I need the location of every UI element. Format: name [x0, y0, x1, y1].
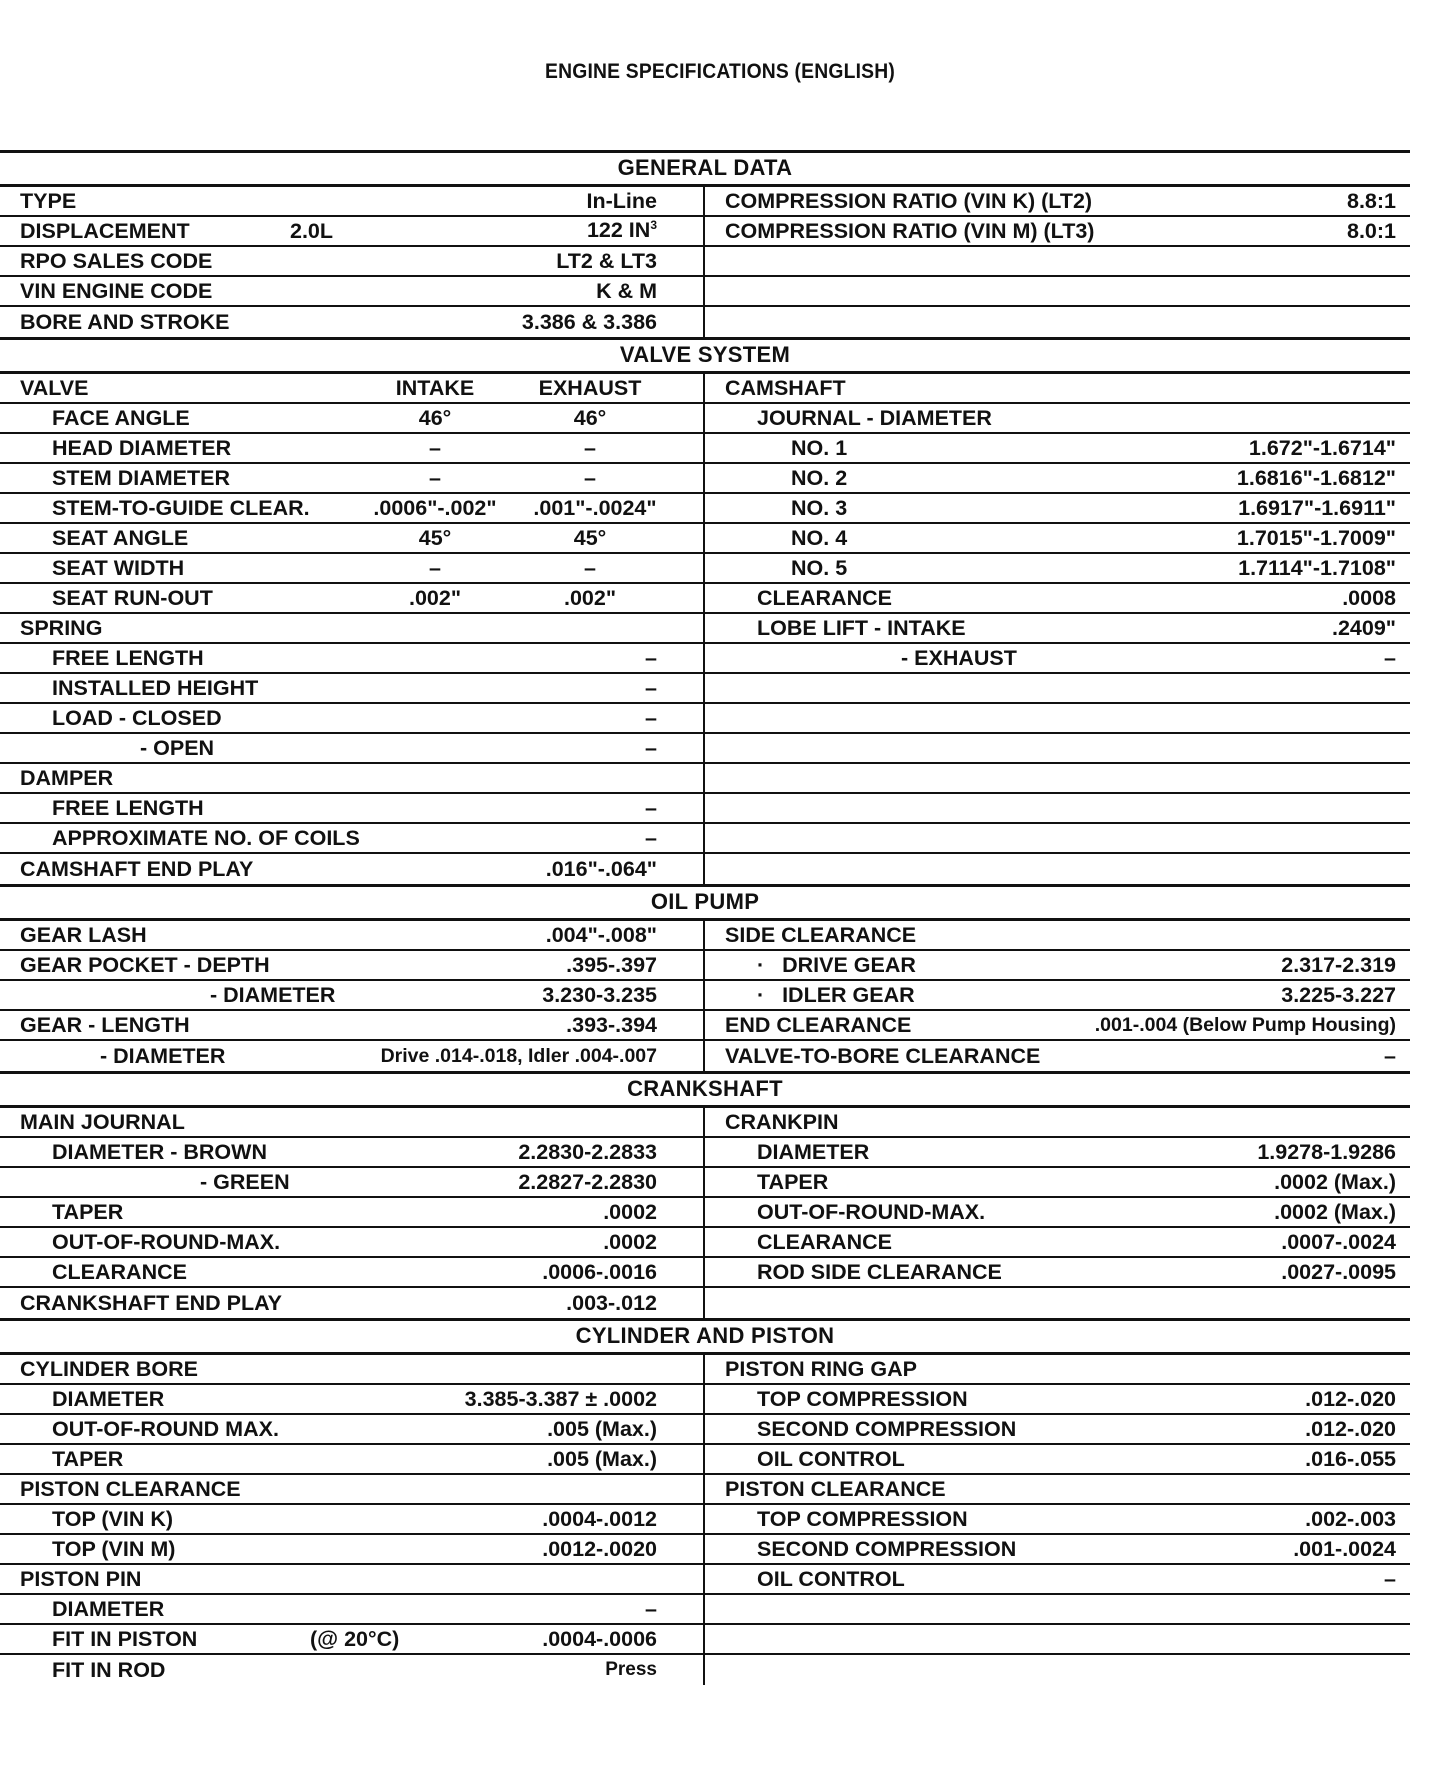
oil-pump-right-column: SIDE CLEARANCE · DRIVE GEAR2.317-2.319 ·… — [705, 921, 1410, 1071]
spec-label: - DIAMETER — [0, 983, 335, 1008]
spec-label: MAIN JOURNAL — [0, 1110, 185, 1135]
page-title: ENGINE SPECIFICATIONS (ENGLISH) — [58, 60, 1383, 84]
spec-label-extra: (@ 20°C) — [310, 1627, 399, 1652]
spec-row-empty — [705, 1655, 1410, 1685]
spec-row-piston-clearance: PISTON CLEARANCE — [0, 1475, 703, 1505]
spec-value: In-Line — [587, 189, 657, 214]
spec-label: TOP (VIN M) — [0, 1537, 175, 1562]
spec-label: NO. 2 — [705, 466, 847, 491]
intake-value: .0006"-.002" — [360, 496, 510, 521]
spec-row-load-closed: LOAD - CLOSED– — [0, 704, 703, 734]
spec-row-empty — [705, 1595, 1410, 1625]
section-valve-system: VALVE SYSTEM — [0, 337, 1410, 371]
spec-value: 8.8:1 — [1347, 189, 1396, 214]
spec-value: .0027-.0095 — [1281, 1260, 1396, 1285]
spec-label: GEAR POCKET - DEPTH — [0, 953, 270, 978]
spec-label: OUT-OF-ROUND-MAX. — [0, 1230, 280, 1255]
spec-row-bore-diameter: DIAMETER3.385-3.387 ± .0002 — [0, 1385, 703, 1415]
spec-row-top-vin-k: TOP (VIN K).0004-.0012 — [0, 1505, 703, 1535]
intake-value: 46° — [380, 406, 490, 431]
exhaust-value: .001"-.0024" — [520, 496, 670, 521]
spec-value: .0008 — [1342, 586, 1396, 611]
exhaust-value: – — [530, 556, 650, 581]
valve-system-rows: VALVEINTAKEEXHAUST FACE ANGLE46°46° HEAD… — [0, 371, 1410, 884]
section-oil-pump: OIL PUMP — [0, 884, 1410, 918]
spec-label: JOURNAL - DIAMETER — [705, 406, 992, 431]
spec-label: GEAR - LENGTH — [0, 1013, 190, 1038]
spec-value: 3.386 & 3.386 — [522, 310, 657, 335]
spec-value: 2.2827-2.2830 — [518, 1170, 657, 1195]
spec-row-empty — [705, 307, 1410, 337]
spec-value: Drive .014-.018, Idler .004-.007 — [381, 1045, 657, 1068]
spec-label: CLEARANCE — [705, 1230, 892, 1255]
intake-value: – — [380, 556, 490, 581]
spec-value: .004"-.008" — [546, 923, 657, 948]
spec-row-clear-second-compression: SECOND COMPRESSION.001-.0024 — [705, 1535, 1410, 1565]
spec-label: DIAMETER — [705, 1140, 869, 1165]
crankshaft-right-column: CRANKPIN DIAMETER1.9278-1.9286 TAPER.000… — [705, 1108, 1410, 1318]
cylinder-right-column: PISTON RING GAP TOP COMPRESSION.012-.020… — [705, 1355, 1410, 1685]
exhaust-value: – — [530, 466, 650, 491]
spec-label: RPO SALES CODE — [0, 249, 212, 274]
spec-row-end-clearance: END CLEARANCE.001-.004 (Below Pump Housi… — [705, 1011, 1410, 1041]
spec-row-cylinder-bore: CYLINDER BORE — [0, 1355, 703, 1385]
spec-label: COMPRESSION RATIO (VIN K) (LT2) — [705, 189, 1092, 214]
spec-value: 1.6917"-1.6911" — [1238, 496, 1396, 521]
spec-label: GEAR LASH — [0, 923, 147, 948]
spec-value: 1.7015"-1.7009" — [1237, 526, 1396, 551]
spec-label: END CLEARANCE — [705, 1013, 911, 1038]
spec-value: 1.672"-1.6714" — [1249, 436, 1396, 461]
spec-label: OUT-OF-ROUND-MAX. — [705, 1200, 985, 1225]
spec-value: .0004-.0006 — [542, 1627, 657, 1652]
column-header-exhaust: EXHAUST — [530, 376, 650, 401]
spec-label: CYLINDER BORE — [0, 1357, 198, 1382]
spec-value: 1.6816"-1.6812" — [1237, 466, 1396, 491]
spec-row-approx-coils: APPROXIMATE NO. OF COILS– — [0, 824, 703, 854]
section-cylinder-and-piston: CYLINDER AND PISTON — [0, 1318, 1410, 1352]
spec-label: CRANKSHAFT END PLAY — [0, 1291, 282, 1316]
spec-row-journal-no-3: NO. 31.6917"-1.6911" — [705, 494, 1410, 524]
spec-row-ring-second-compression: SECOND COMPRESSION.012-.020 — [705, 1415, 1410, 1445]
spec-label: FACE ANGLE — [0, 406, 190, 431]
spec-row-empty — [705, 704, 1410, 734]
spec-value: 1.7114"-1.7108" — [1238, 556, 1396, 581]
spec-row-load-open: - OPEN– — [0, 734, 703, 764]
spec-label: CRANKPIN — [705, 1110, 838, 1135]
spec-value: – — [645, 676, 657, 701]
spec-row-side-clearance: SIDE CLEARANCE — [705, 921, 1410, 951]
spec-row-journal-no-5: NO. 51.7114"-1.7108" — [705, 554, 1410, 584]
spec-value: .016"-.064" — [546, 857, 657, 882]
spec-value: .002-.003 — [1305, 1507, 1396, 1532]
spec-label: FREE LENGTH — [0, 646, 204, 671]
spec-value: .0007-.0024 — [1281, 1230, 1396, 1255]
spec-row-journal-no-2: NO. 21.6816"-1.6812" — [705, 464, 1410, 494]
spec-row-seat-width: SEAT WIDTH–– — [0, 554, 703, 584]
spec-value: .0002 — [603, 1200, 657, 1225]
spec-label: SEAT WIDTH — [0, 556, 184, 581]
oil-pump-rows: GEAR LASH.004"-.008" GEAR POCKET - DEPTH… — [0, 918, 1410, 1071]
valve-header-row: VALVEINTAKEEXHAUST — [0, 374, 703, 404]
spec-value: .0002 (Max.) — [1274, 1170, 1396, 1195]
spec-row-fit-in-rod: FIT IN RODPress — [0, 1655, 703, 1685]
spec-value: .0002 (Max.) — [1274, 1200, 1396, 1225]
spec-value: 2.317-2.319 — [1281, 953, 1396, 978]
spec-row-empty — [705, 277, 1410, 307]
spec-row-empty — [705, 824, 1410, 854]
spec-value: – — [1384, 646, 1396, 671]
spec-value: .0006-.0016 — [542, 1260, 657, 1285]
spec-row-main-journal: MAIN JOURNAL — [0, 1108, 703, 1138]
spec-label: OIL CONTROL — [705, 1447, 905, 1472]
spec-value: 122 IN3 — [587, 218, 657, 243]
spec-label: APPROXIMATE NO. OF COILS — [0, 826, 360, 851]
crankshaft-left-column: MAIN JOURNAL DIAMETER - BROWN2.2830-2.28… — [0, 1108, 705, 1318]
intake-value: – — [380, 436, 490, 461]
spec-label: VALVE-TO-BORE CLEARANCE — [705, 1044, 1040, 1069]
spec-value: – — [645, 796, 657, 821]
spec-row-clear-top-compression: TOP COMPRESSION.002-.003 — [705, 1505, 1410, 1535]
spec-row-piston-pin: PISTON PIN — [0, 1565, 703, 1595]
spec-value: – — [645, 826, 657, 851]
spec-row-crankpin-taper: TAPER.0002 (Max.) — [705, 1168, 1410, 1198]
spec-row-diameter-brown: DIAMETER - BROWN2.2830-2.2833 — [0, 1138, 703, 1168]
spec-row-clear-oil-control: OIL CONTROL– — [705, 1565, 1410, 1595]
spec-label: · DRIVE GEAR — [705, 953, 916, 978]
spec-label: TOP COMPRESSION — [705, 1387, 968, 1412]
intake-value: – — [380, 466, 490, 491]
spec-value: .395-.397 — [566, 953, 657, 978]
spec-label: VIN ENGINE CODE — [0, 279, 212, 304]
spec-row-rpo-sales-code: RPO SALES CODELT2 & LT3 — [0, 247, 703, 277]
spec-row-journal-diameter: JOURNAL - DIAMETER — [705, 404, 1410, 434]
spec-value: .012-.020 — [1305, 1417, 1396, 1442]
spec-value: 3.385-3.387 ± .0002 — [465, 1387, 657, 1412]
spec-row-spring: SPRING — [0, 614, 703, 644]
spec-row-piston-clearance-right: PISTON CLEARANCE — [705, 1475, 1410, 1505]
column-header-intake: INTAKE — [380, 376, 490, 401]
spec-label: - DIAMETER — [0, 1044, 225, 1069]
spec-row-displacement: DISPLACEMENT2.0L122 IN3 — [0, 217, 703, 247]
spec-label: TAPER — [0, 1447, 123, 1472]
spec-row-damper: DAMPER — [0, 764, 703, 794]
spec-label: NO. 4 — [705, 526, 847, 551]
spec-label: DAMPER — [0, 766, 113, 791]
spec-row-face-angle: FACE ANGLE46°46° — [0, 404, 703, 434]
spec-label: - EXHAUST — [705, 646, 1017, 671]
spec-label: PISTON CLEARANCE — [0, 1477, 241, 1502]
spec-label: FREE LENGTH — [0, 796, 204, 821]
spec-table: GENERAL DATA TYPEIn-Line DISPLACEMENT2.0… — [0, 150, 1410, 1685]
spec-value: .001-.004 (Below Pump Housing) — [1095, 1014, 1396, 1037]
spec-label: SIDE CLEARANCE — [705, 923, 916, 948]
spec-row-seat-angle: SEAT ANGLE45°45° — [0, 524, 703, 554]
spec-value: – — [645, 1597, 657, 1622]
spec-label: DIAMETER — [0, 1597, 164, 1622]
spec-row-drive-gear: · DRIVE GEAR2.317-2.319 — [705, 951, 1410, 981]
oil-pump-left-column: GEAR LASH.004"-.008" GEAR POCKET - DEPTH… — [0, 921, 705, 1071]
cylinder-piston-rows: CYLINDER BORE DIAMETER3.385-3.387 ± .000… — [0, 1352, 1410, 1685]
spec-row-gear-pocket-depth: GEAR POCKET - DEPTH.395-.397 — [0, 951, 703, 981]
exhaust-value: 45° — [530, 526, 650, 551]
spec-value: .005 (Max.) — [547, 1447, 657, 1472]
spec-row-damper-free-length: FREE LENGTH– — [0, 794, 703, 824]
spec-value: – — [1384, 1567, 1396, 1592]
spec-row-stem-diameter: STEM DIAMETER–– — [0, 464, 703, 494]
spec-label: TOP COMPRESSION — [705, 1507, 968, 1532]
spec-row-compression-ratio-vin-m: COMPRESSION RATIO (VIN M) (LT3)8.0:1 — [705, 217, 1410, 247]
spec-label: FIT IN ROD — [0, 1658, 165, 1683]
spec-row-pin-diameter: DIAMETER– — [0, 1595, 703, 1625]
cylinder-left-column: CYLINDER BORE DIAMETER3.385-3.387 ± .000… — [0, 1355, 705, 1685]
section-crankshaft: CRANKSHAFT — [0, 1071, 1410, 1105]
spec-value: .0012-.0020 — [542, 1537, 657, 1562]
spec-row-empty — [705, 674, 1410, 704]
spec-value: K & M — [596, 279, 657, 304]
spec-label: PISTON CLEARANCE — [705, 1477, 946, 1502]
spec-row-fit-in-piston: FIT IN PISTON(@ 20°C).0004-.0006 — [0, 1625, 703, 1655]
spec-value: LT2 & LT3 — [556, 249, 657, 274]
spec-row-head-diameter: HEAD DIAMETER–– — [0, 434, 703, 464]
spec-label: - GREEN — [0, 1170, 290, 1195]
spec-row-lobe-lift-exhaust: - EXHAUST– — [705, 644, 1410, 674]
spec-label: OUT-OF-ROUND MAX. — [0, 1417, 279, 1442]
spec-label: CAMSHAFT — [705, 376, 846, 401]
spec-value: .393-.394 — [566, 1013, 657, 1038]
spec-row-seat-run-out: SEAT RUN-OUT.002".002" — [0, 584, 703, 614]
spec-row-gear-diameter: - DIAMETERDrive .014-.018, Idler .004-.0… — [0, 1041, 703, 1071]
spec-row-crankpin: CRANKPIN — [705, 1108, 1410, 1138]
spec-value: – — [645, 736, 657, 761]
spec-row-diameter-green: - GREEN2.2827-2.2830 — [0, 1168, 703, 1198]
spec-label: LOAD - CLOSED — [0, 706, 222, 731]
spec-row-crankpin-clearance: CLEARANCE.0007-.0024 — [705, 1228, 1410, 1258]
spec-row-rod-side-clearance: ROD SIDE CLEARANCE.0027-.0095 — [705, 1258, 1410, 1288]
spec-row-compression-ratio-vin-k: COMPRESSION RATIO (VIN K) (LT2)8.8:1 — [705, 187, 1410, 217]
spec-label: SEAT RUN-OUT — [0, 586, 213, 611]
spec-row-main-clearance: CLEARANCE.0006-.0016 — [0, 1258, 703, 1288]
spec-row-empty — [705, 794, 1410, 824]
exhaust-value: .002" — [530, 586, 650, 611]
spec-row-type: TYPEIn-Line — [0, 187, 703, 217]
spec-value: .001-.0024 — [1293, 1537, 1396, 1562]
spec-label: SEAT ANGLE — [0, 526, 188, 551]
spec-label: SECOND COMPRESSION — [705, 1537, 1016, 1562]
spec-label: STEM-TO-GUIDE CLEAR. — [0, 496, 310, 521]
spec-label: OIL CONTROL — [705, 1567, 905, 1592]
spec-value: .016-.055 — [1305, 1447, 1396, 1472]
spec-row-bore-and-stroke: BORE AND STROKE3.386 & 3.386 — [0, 307, 703, 337]
spec-row-top-vin-m: TOP (VIN M).0012-.0020 — [0, 1535, 703, 1565]
spec-label: FIT IN PISTON — [0, 1627, 197, 1652]
spec-row-main-out-of-round: OUT-OF-ROUND-MAX..0002 — [0, 1228, 703, 1258]
general-right-column: COMPRESSION RATIO (VIN K) (LT2)8.8:1 COM… — [705, 187, 1410, 337]
spec-label: TAPER — [705, 1170, 828, 1195]
spec-row-empty — [705, 1625, 1410, 1655]
spec-label: CLEARANCE — [705, 586, 892, 611]
spec-label: INSTALLED HEIGHT — [0, 676, 258, 701]
spec-label: CLEARANCE — [0, 1260, 187, 1285]
spec-value: .012-.020 — [1305, 1387, 1396, 1412]
spec-row-idler-gear: · IDLER GEAR3.225-3.227 — [705, 981, 1410, 1011]
valve-right-column: CAMSHAFT JOURNAL - DIAMETER NO. 11.672"-… — [705, 374, 1410, 884]
spec-row-gear-lash: GEAR LASH.004"-.008" — [0, 921, 703, 951]
spec-row-journal-no-1: NO. 11.672"-1.6714" — [705, 434, 1410, 464]
valve-left-column: VALVEINTAKEEXHAUST FACE ANGLE46°46° HEAD… — [0, 374, 705, 884]
spec-row-camshaft-end-play: CAMSHAFT END PLAY.016"-.064" — [0, 854, 703, 884]
spec-row-gear-length: GEAR - LENGTH.393-.394 — [0, 1011, 703, 1041]
spec-label: HEAD DIAMETER — [0, 436, 231, 461]
spec-label: SECOND COMPRESSION — [705, 1417, 1016, 1442]
spec-row-empty — [705, 764, 1410, 794]
spec-label: TOP (VIN K) — [0, 1507, 173, 1532]
spec-label: - OPEN — [0, 736, 214, 761]
general-left-column: TYPEIn-Line DISPLACEMENT2.0L122 IN3 RPO … — [0, 187, 705, 337]
spec-value: – — [645, 646, 657, 671]
spec-row-valve-to-bore: VALVE-TO-BORE CLEARANCE– — [705, 1041, 1410, 1071]
spec-value: Press — [605, 1659, 657, 1681]
section-general-data: GENERAL DATA — [0, 150, 1410, 184]
spec-value: .003-.012 — [566, 1291, 657, 1316]
spec-row-ring-top-compression: TOP COMPRESSION.012-.020 — [705, 1385, 1410, 1415]
spec-label: STEM DIAMETER — [0, 466, 230, 491]
spec-row-installed-height: INSTALLED HEIGHT– — [0, 674, 703, 704]
crankshaft-rows: MAIN JOURNAL DIAMETER - BROWN2.2830-2.28… — [0, 1105, 1410, 1318]
spec-value: .005 (Max.) — [547, 1417, 657, 1442]
spec-label: PISTON PIN — [0, 1567, 141, 1592]
spec-label: BORE AND STROKE — [0, 310, 229, 335]
spec-row-ring-oil-control: OIL CONTROL.016-.055 — [705, 1445, 1410, 1475]
spec-row-piston-ring-gap: PISTON RING GAP — [705, 1355, 1410, 1385]
spec-label: NO. 1 — [705, 436, 847, 461]
spec-label: CAMSHAFT END PLAY — [0, 857, 253, 882]
spec-row-crankpin-diameter: DIAMETER1.9278-1.9286 — [705, 1138, 1410, 1168]
spec-row-crankshaft-end-play: CRANKSHAFT END PLAY.003-.012 — [0, 1288, 703, 1318]
exhaust-value: 46° — [530, 406, 650, 431]
spec-row-empty — [705, 1288, 1410, 1318]
spec-row-camshaft: CAMSHAFT — [705, 374, 1410, 404]
spec-label: PISTON RING GAP — [705, 1357, 917, 1382]
spec-value-text: 122 IN — [587, 219, 650, 243]
spec-row-gear-pocket-diameter: - DIAMETER3.230-3.235 — [0, 981, 703, 1011]
spec-label: COMPRESSION RATIO (VIN M) (LT3) — [705, 219, 1094, 244]
intake-value: 45° — [380, 526, 490, 551]
intake-value: .002" — [380, 586, 490, 611]
spec-row-empty — [705, 854, 1410, 884]
spec-label: ROD SIDE CLEARANCE — [705, 1260, 1002, 1285]
spec-row-lobe-lift-intake: LOBE LIFT - INTAKE.2409" — [705, 614, 1410, 644]
spec-value: 8.0:1 — [1347, 219, 1396, 244]
spec-label: DIAMETER — [0, 1387, 164, 1412]
spec-value: 3.230-3.235 — [542, 983, 657, 1008]
spec-row-empty — [705, 247, 1410, 277]
spec-label: VALVE — [0, 376, 89, 401]
spec-row-spring-free-length: FREE LENGTH– — [0, 644, 703, 674]
spec-row-bore-out-of-round: OUT-OF-ROUND MAX..005 (Max.) — [0, 1415, 703, 1445]
spec-value: 3.225-3.227 — [1281, 983, 1396, 1008]
spec-value: – — [1384, 1044, 1396, 1069]
spec-label: LOBE LIFT - INTAKE — [705, 616, 966, 641]
spec-row-crankpin-out-of-round: OUT-OF-ROUND-MAX..0002 (Max.) — [705, 1198, 1410, 1228]
spec-row-empty — [705, 734, 1410, 764]
spec-row-main-taper: TAPER.0002 — [0, 1198, 703, 1228]
spec-label: TYPE — [0, 189, 76, 214]
spec-label: SPRING — [0, 616, 102, 641]
spec-value: .0002 — [603, 1230, 657, 1255]
spec-label: NO. 5 — [705, 556, 847, 581]
spec-label: DISPLACEMENT — [0, 219, 190, 244]
spec-value-superscript: 3 — [650, 218, 657, 232]
spec-value: 1.9278-1.9286 — [1257, 1140, 1396, 1165]
general-data-rows: TYPEIn-Line DISPLACEMENT2.0L122 IN3 RPO … — [0, 184, 1410, 337]
spec-value: .0004-.0012 — [542, 1507, 657, 1532]
spec-label: TAPER — [0, 1200, 123, 1225]
spec-value: 2.2830-2.2833 — [518, 1140, 657, 1165]
spec-label: NO. 3 — [705, 496, 847, 521]
spec-row-bore-taper: TAPER.005 (Max.) — [0, 1445, 703, 1475]
spec-label: DIAMETER - BROWN — [0, 1140, 267, 1165]
spec-label-extra: 2.0L — [290, 219, 333, 244]
spec-label: · IDLER GEAR — [705, 983, 915, 1008]
spec-value: – — [645, 706, 657, 731]
spec-row-vin-engine-code: VIN ENGINE CODEK & M — [0, 277, 703, 307]
spec-row-camshaft-clearance: CLEARANCE.0008 — [705, 584, 1410, 614]
exhaust-value: – — [530, 436, 650, 461]
spec-value: .2409" — [1332, 616, 1396, 641]
spec-row-stem-to-guide: STEM-TO-GUIDE CLEAR..0006"-.002".001"-.0… — [0, 494, 703, 524]
spec-row-journal-no-4: NO. 41.7015"-1.7009" — [705, 524, 1410, 554]
